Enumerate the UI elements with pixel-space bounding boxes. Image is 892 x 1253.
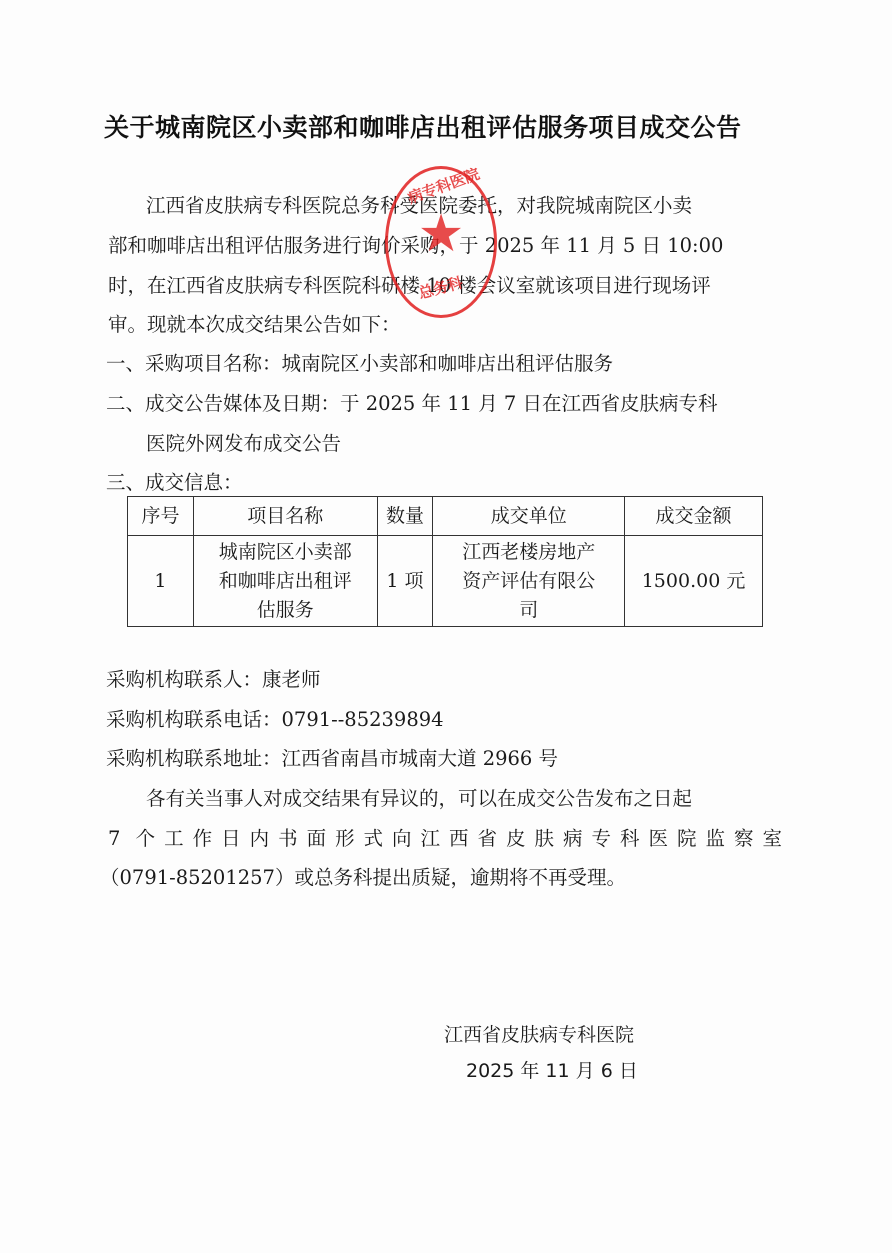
document-title: 关于城南院区小卖部和咖啡店出租评估服务项目成交公告: [104, 108, 794, 144]
intro-line-2: 部和咖啡店出租评估服务进行询价采购，于 2025 年 11 月 5 日 10:0…: [108, 234, 723, 258]
intro-line-3: 时，在江西省皮肤病专科医院科研楼 10 楼会议室就该项目进行现场评: [108, 274, 711, 298]
header-amount: 成交金额: [625, 497, 763, 536]
vendor-line: 资产评估有限公: [433, 567, 624, 596]
project-line: 估服务: [194, 596, 377, 625]
contact-address: 采购机构联系地址：江西省南昌市城南大道 2966 号: [106, 747, 558, 771]
objection-line-1: 各有关当事人对成交结果有异议的，可以在成交公告发布之日起: [146, 787, 692, 811]
project-line: 和咖啡店出租评: [194, 567, 377, 596]
intro-line-4: 审。现就本次成交结果公告如下：: [108, 313, 401, 337]
contact-person: 采购机构联系人：康老师: [106, 668, 321, 692]
vendor-line: 司: [433, 596, 624, 625]
vendor-line: 江西老楼房地产: [433, 538, 624, 567]
header-quantity: 数量: [377, 497, 433, 536]
cell-vendor: 江西老楼房地产 资产评估有限公 司: [433, 536, 625, 627]
project-line: 城南院区小卖部: [194, 538, 377, 567]
cell-quantity: 1 项: [377, 536, 433, 627]
section-project-name: 一、采购项目名称：城南院区小卖部和咖啡店出租评估服务: [106, 352, 613, 376]
table-header-row: 序号 项目名称 数量 成交单位 成交金额: [128, 497, 763, 536]
signature-org: 江西省皮肤病专科医院: [444, 1020, 634, 1047]
header-index: 序号: [128, 497, 194, 536]
intro-line-1: 江西省皮肤病专科医院总务科受医院委托，对我院城南院区小卖: [146, 194, 692, 218]
header-project: 项目名称: [193, 497, 377, 536]
deal-table: 序号 项目名称 数量 成交单位 成交金额 1 城南院区小卖部 和咖啡店出租评 估…: [127, 496, 763, 627]
header-vendor: 成交单位: [433, 497, 625, 536]
cell-project: 城南院区小卖部 和咖啡店出租评 估服务: [193, 536, 377, 627]
cell-amount: 1500.00 元: [625, 536, 763, 627]
section-deal-info: 三、成交信息：: [106, 471, 243, 495]
contact-phone: 采购机构联系电话：0791--85239894: [106, 708, 444, 732]
table-row: 1 城南院区小卖部 和咖啡店出租评 估服务 1 项 江西老楼房地产 资产评估有限…: [128, 536, 763, 627]
section-announcement-media: 二、成交公告媒体及日期：于 2025 年 11 月 7 日在江西省皮肤病专科: [106, 392, 718, 416]
section-announcement-media-cont: 医院外网发布成交公告: [146, 432, 341, 456]
document-page: 关于城南院区小卖部和咖啡店出租评估服务项目成交公告 江西省皮肤病专科医院总务科受…: [0, 0, 892, 1253]
objection-line-3: （0791-85201257）或总务科提出质疑，逾期将不再受理。: [100, 866, 626, 890]
cell-index: 1: [128, 536, 194, 627]
signature-date: 2025 年 11 月 6 日: [466, 1056, 638, 1083]
objection-line-2: 7 个工作日内书面形式向江西省皮肤病专科医院监察室: [108, 827, 782, 851]
